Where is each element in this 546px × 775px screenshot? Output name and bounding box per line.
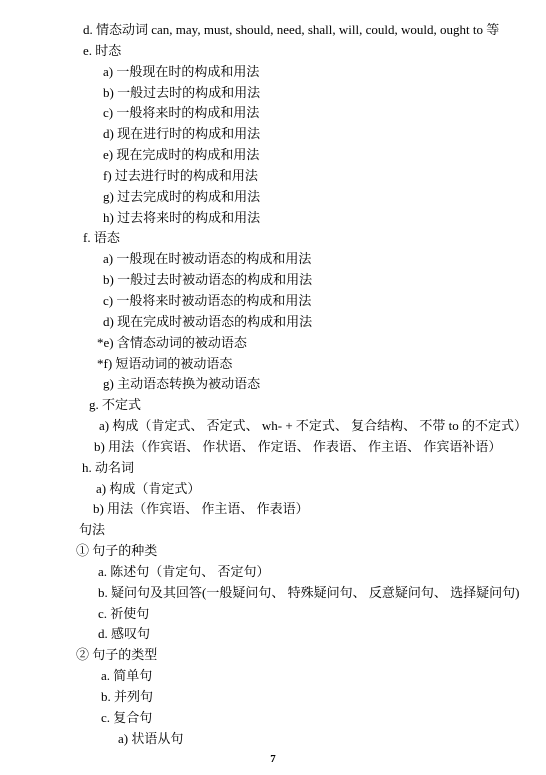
outline-item-infinitive-b: b) 用法（作宾语、 作状语、 作定语、 作表语、 作主语、 作宾语补语） [0,437,546,458]
outline-item-tense-f: f) 过去进行时的构成和用法 [0,166,546,187]
outline-item-tense-e: e) 现在完成时的构成和用法 [0,145,546,166]
page-number: 7 [0,753,546,765]
outline-item-tense-c: c) 一般将来时的构成和用法 [0,103,546,124]
outline-item-complex-sentence: c. 复合句 [0,708,546,729]
outline-item-sentence-types: ② 句子的类型 [0,645,546,666]
outline-item-interrogative: b. 疑问句及其回答(一般疑问句、 特殊疑问句、 反意疑问句、 选择疑问句) [0,583,546,604]
outline-item-voice: f. 语态 [0,228,546,249]
outline-item-tense-d: d) 现在进行时的构成和用法 [0,124,546,145]
outline-item-adverbial-clause: a) 状语从句 [0,729,546,750]
outline-item-voice-f-starred: *f) 短语动词的被动语态 [0,354,546,375]
outline-item-tense-g: g) 过去完成时的构成和用法 [0,187,546,208]
outline-item-gerund-a: a) 构成（肯定式） [0,479,546,500]
outline-item-simple-sentence: a. 简单句 [0,666,546,687]
outline-item-compound-sentence: b. 并列句 [0,687,546,708]
outline-section-syntax: 句法 [0,520,546,541]
outline-item-exclamatory: d. 感叹句 [0,624,546,645]
outline-item-sentence-kinds: ① 句子的种类 [0,541,546,562]
outline-item-tense-h: h) 过去将来时的构成和用法 [0,208,546,229]
outline-item-voice-b: b) 一般过去时被动语态的构成和用法 [0,270,546,291]
outline-item-tense-b: b) 一般过去时的构成和用法 [0,83,546,104]
outline-item-modal-verbs: d. 情态动词 can, may, must, should, need, sh… [0,20,546,41]
outline-item-declarative: a. 陈述句（肯定句、 否定句） [0,562,546,583]
outline-item-infinitive-a: a) 构成（肯定式、 否定式、 wh- + 不定式、 复合结构、 不带 to 的… [0,416,546,437]
outline-body: d. 情态动词 can, may, must, should, need, sh… [0,0,546,750]
outline-item-voice-g: g) 主动语态转换为被动语态 [0,374,546,395]
outline-item-voice-c: c) 一般将来时被动语态的构成和用法 [0,291,546,312]
outline-item-tense-a: a) 一般现在时的构成和用法 [0,62,546,83]
outline-item-voice-d: d) 现在完成时被动语态的构成和用法 [0,312,546,333]
outline-item-infinitive: g. 不定式 [0,395,546,416]
outline-item-gerund: h. 动名词 [0,458,546,479]
document-page: d. 情态动词 can, may, must, should, need, sh… [0,0,546,775]
outline-item-imperative: c. 祈使句 [0,604,546,625]
outline-item-voice-a: a) 一般现在时被动语态的构成和用法 [0,249,546,270]
outline-item-gerund-b: b) 用法（作宾语、 作主语、 作表语） [0,499,546,520]
outline-item-tense: e. 时态 [0,41,546,62]
outline-item-voice-e-starred: *e) 含情态动词的被动语态 [0,333,546,354]
